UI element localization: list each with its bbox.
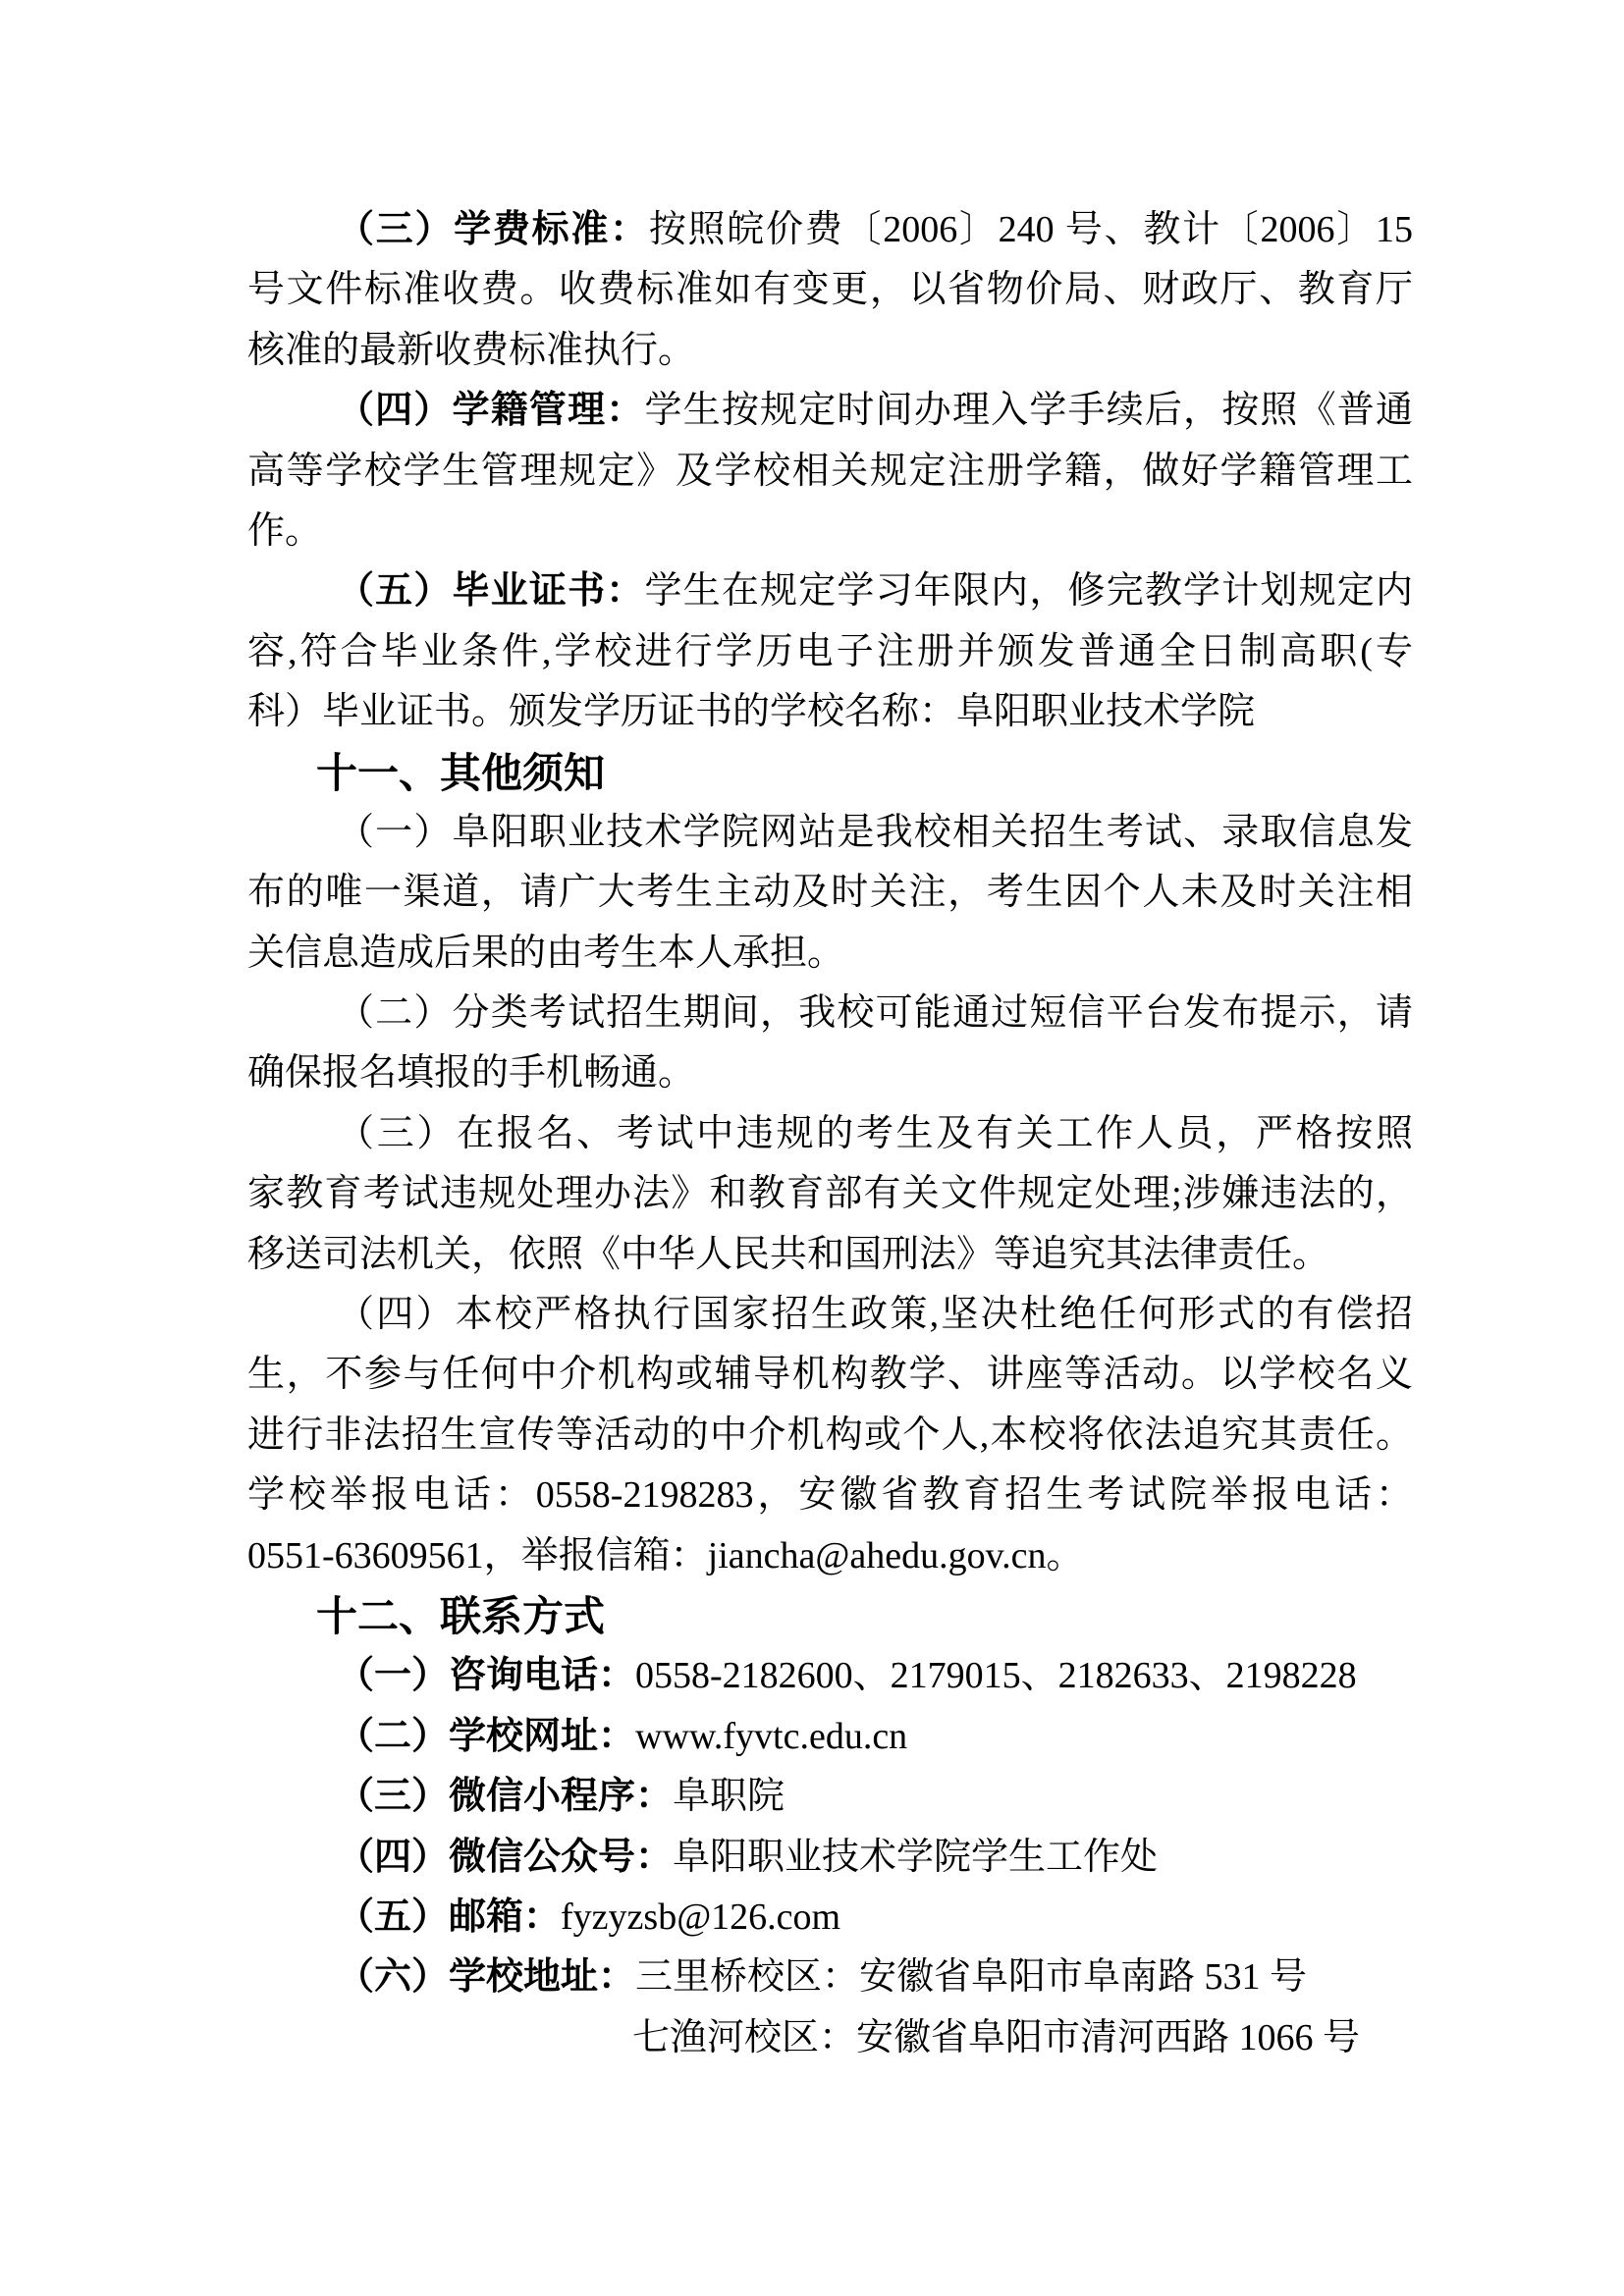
doc-line: （二）分类考试招生期间，我校可能通过短信平台发布提示，请 <box>247 984 1413 1043</box>
doc-line: 0551-63609561，举报信箱：jiancha@ahedu.gov.cn。 <box>247 1526 1413 1586</box>
doc-line: 家教育考试违规处理办法》和教育部有关文件规定处理;涉嫌违法的， <box>247 1164 1413 1224</box>
doc-line: 进行非法招生宣传等活动的中介机构或个人,本校将依法追究其责任。 <box>247 1406 1413 1466</box>
doc-line: 生，不参与任何中介机构或辅导机构教学、讲座等活动。以学校名义 <box>247 1345 1413 1405</box>
text-segment: 布的唯一渠道，请广大考生主动及时关注，考生因个人未及时关注相 <box>247 872 1413 913</box>
text-segment: （一）阜阳职业技术学院网站是我校相关招生考试、录取信息发 <box>337 812 1413 853</box>
lead-label: （五）毕业证书： <box>337 570 644 612</box>
text-segment: 核准的最新收费标准执行。 <box>247 330 695 371</box>
lead-label: 十二、联系方式 <box>316 1593 605 1639</box>
lead-label: （五）邮箱： <box>337 1896 561 1938</box>
text-segment: 七渔河校区：安徽省阜阳市清河西路 1066 号 <box>632 2017 1360 2058</box>
text-segment: 科）毕业证书。颁发学历证书的学校名称：阜阳职业技术学院 <box>247 691 1255 732</box>
doc-line: （六）学校地址：三里桥校区：安徽省阜阳市阜南路 531 号 <box>247 1948 1413 2007</box>
text-segment: fyzyzsb@126.com <box>561 1896 840 1938</box>
doc-line: 作。 <box>247 502 1413 561</box>
doc-line: （四）本校严格执行国家招生政策,坚决杜绝任何形式的有偿招 <box>247 1285 1413 1345</box>
doc-line: 确保报名填报的手机畅通。 <box>247 1043 1413 1103</box>
lead-label: （二）学校网址： <box>337 1716 635 1757</box>
doc-line: （一）阜阳职业技术学院网站是我校相关招生考试、录取信息发 <box>247 803 1413 863</box>
doc-line: （三）学费标准：按照皖价费〔2006〕240 号、教计〔2006〕15 <box>247 200 1413 260</box>
doc-line: 学校举报电话：0558-2198283，安徽省教育招生考试院举报电话： <box>247 1466 1413 1525</box>
doc-line: 布的唯一渠道，请广大考生主动及时关注，考生因个人未及时关注相 <box>247 863 1413 923</box>
lead-label: （三）微信小程序： <box>337 1776 673 1817</box>
doc-line: 高等学校学生管理规定》及学校相关规定注册学籍，做好学籍管理工 <box>247 442 1413 502</box>
doc-line: 核准的最新收费标准执行。 <box>247 321 1413 381</box>
text-segment: 确保报名填报的手机畅通。 <box>247 1052 695 1094</box>
text-segment: （三）在报名、考试中违规的考生及有关工作人员，严格按照《国 <box>337 1113 1413 1164</box>
text-segment: 容,符合毕业条件,学校进行学历电子注册并颁发普通全日制高职(专 <box>247 631 1413 672</box>
doc-line: 科）毕业证书。颁发学历证书的学校名称：阜阳职业技术学院 <box>247 682 1413 742</box>
text-segment: 关信息造成后果的由考生本人承担。 <box>247 933 844 974</box>
doc-line: 容,符合毕业条件,学校进行学历电子注册并颁发普通全日制高职(专 <box>247 622 1413 682</box>
doc-line: （五）毕业证书：学生在规定学习年限内，修完教学计划规定内 <box>247 561 1413 621</box>
text-segment: 号文件标准收费。收费标准如有变更，以省物价局、财政厅、教育厅 <box>247 269 1413 310</box>
lead-label: （四）学籍管理： <box>337 390 644 431</box>
text-segment: 学生按规定时间办理入学手续后，按照《普通 <box>644 390 1413 431</box>
text-segment: 三里桥校区：安徽省阜阳市阜南路 531 号 <box>635 1956 1307 1998</box>
section-heading: 十二、联系方式 <box>247 1586 1413 1646</box>
doc-line: （五）邮箱：fyzyzsb@126.com <box>247 1888 1413 1948</box>
text-segment: www.fyvtc.edu.cn <box>635 1716 907 1757</box>
text-segment: 学生在规定学习年限内，修完教学计划规定内 <box>644 570 1413 612</box>
doc-line: 关信息造成后果的由考生本人承担。 <box>247 924 1413 984</box>
lead-label: 十一、其他须知 <box>316 750 605 796</box>
doc-line: 移送司法机关，依照《中华人民共和国刑法》等追究其法律责任。 <box>247 1225 1413 1285</box>
text-segment: 阜职院 <box>673 1776 785 1817</box>
lead-label: （一）咨询电话： <box>337 1655 635 1696</box>
text-segment: 按照皖价费〔2006〕240 号、教计〔2006〕15 <box>649 209 1413 250</box>
doc-line: 号文件标准收费。收费标准如有变更，以省物价局、财政厅、教育厅 <box>247 260 1413 320</box>
doc-line: （一）咨询电话：0558-2182600、2179015、2182633、219… <box>247 1646 1413 1706</box>
doc-line: （三）微信小程序：阜职院 <box>247 1767 1413 1827</box>
text-segment: 高等学校学生管理规定》及学校相关规定注册学籍，做好学籍管理工 <box>247 451 1413 492</box>
text-segment: 学校举报电话：0558-2198283，安徽省教育招生考试院举报电话： <box>247 1474 1413 1516</box>
text-segment: （四）本校严格执行国家招生政策,坚决杜绝任何形式的有偿招 <box>337 1294 1413 1335</box>
doc-line: （四）微信公众号：阜阳职业技术学院学生工作处 <box>247 1828 1413 1888</box>
lead-label: （四）微信公众号： <box>337 1837 673 1878</box>
doc-line: （二）学校网址：www.fyvtc.edu.cn <box>247 1707 1413 1767</box>
text-segment: 作。 <box>247 510 322 552</box>
text-segment: 生，不参与任何中介机构或辅导机构教学、讲座等活动。以学校名义 <box>247 1354 1413 1395</box>
page: { "colors": { "text": "#000000", "backgr… <box>0 0 1624 2296</box>
doc-line: （四）学籍管理：学生按规定时间办理入学手续后，按照《普通 <box>247 381 1413 441</box>
section-heading: 十一、其他须知 <box>247 743 1413 803</box>
text-segment: 移送司法机关，依照《中华人民共和国刑法》等追究其法律责任。 <box>247 1234 1329 1275</box>
text-segment: 阜阳职业技术学院学生工作处 <box>673 1837 1158 1878</box>
text-segment: 家教育考试违规处理办法》和教育部有关文件规定处理;涉嫌违法的， <box>247 1173 1413 1214</box>
doc-line: 七渔河校区：安徽省阜阳市清河西路 1066 号 <box>247 2008 1413 2068</box>
text-segment: 0558-2182600、2179015、2182633、2198228 <box>635 1655 1357 1696</box>
text-segment: 0551-63609561，举报信箱：jiancha@ahedu.gov.cn。 <box>247 1535 1084 1576</box>
text-segment: 进行非法招生宣传等活动的中介机构或个人,本校将依法追究其责任。 <box>247 1415 1413 1456</box>
document-content: （三）学费标准：按照皖价费〔2006〕240 号、教计〔2006〕15号文件标准… <box>247 200 1413 2068</box>
lead-label: （六）学校地址： <box>337 1956 635 1998</box>
lead-label: （三）学费标准： <box>337 209 649 250</box>
text-segment: （二）分类考试招生期间，我校可能通过短信平台发布提示，请 <box>337 992 1413 1034</box>
doc-line: （三）在报名、考试中违规的考生及有关工作人员，严格按照《国 <box>247 1104 1413 1164</box>
